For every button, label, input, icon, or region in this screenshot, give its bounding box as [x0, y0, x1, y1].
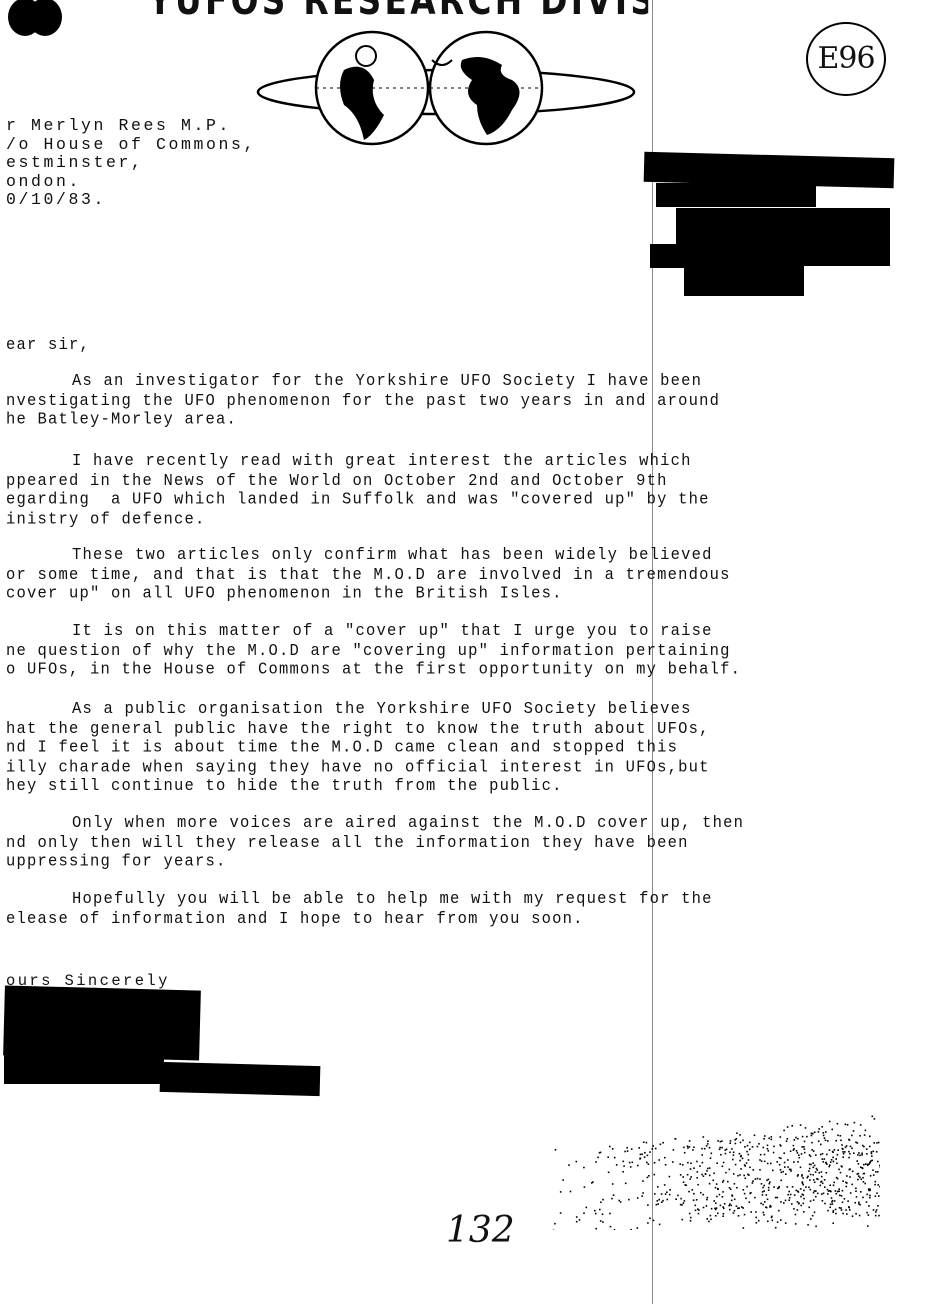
paragraph-line: cover up" on all UFO phenomenon in the B… — [6, 585, 731, 604]
paragraph: Hopefully you will be able to help me wi… — [6, 890, 713, 929]
address-line: estminster, — [6, 154, 256, 173]
letterhead-title: YUFOS RESEARCH DIVISION — [148, 0, 648, 18]
scan-noise-pattern — [540, 1090, 880, 1230]
twin-globes-logo-icon — [254, 30, 638, 150]
paragraph-line: uppressing for years. — [6, 853, 744, 872]
paragraph: As a public organisation the Yorkshire U… — [6, 700, 710, 796]
paragraph-line: Only when more voices are aired against … — [6, 814, 744, 833]
paragraph-line: Hopefully you will be able to help me wi… — [6, 890, 713, 909]
date-line: 0/10/83. — [6, 191, 256, 210]
paragraph-line: I have recently read with great interest… — [6, 452, 710, 471]
paragraph-line: egarding a UFO which landed in Suffolk a… — [6, 491, 710, 510]
paragraph: Only when more voices are aired against … — [6, 814, 744, 872]
paragraph-line: These two articles only confirm what has… — [6, 546, 731, 565]
paragraph-line: elease of information and I hope to hear… — [6, 909, 713, 928]
reference-mark: E96 — [806, 22, 886, 96]
page-number: 132 — [446, 1210, 515, 1251]
paragraph-line: inistry of defence. — [6, 510, 710, 529]
paragraph-line: hey still continue to hide the truth fro… — [6, 777, 710, 796]
paragraph-line: nvestigating the UFO phenomenon for the … — [6, 391, 720, 410]
recipient-address: r Merlyn Rees M.P./o House of Commons,es… — [6, 117, 256, 210]
paragraph-line: or some time, and that is that the M.O.D… — [6, 565, 731, 584]
address-line: r Merlyn Rees M.P. — [6, 117, 256, 136]
paragraph-line: hat the general public have the right to… — [6, 719, 710, 738]
paragraph: These two articles only confirm what has… — [6, 546, 731, 604]
paragraph: It is on this matter of a "cover up" tha… — [6, 622, 741, 680]
paragraph-line: It is on this matter of a "cover up" tha… — [6, 622, 741, 641]
paragraph-line: he Batley-Morley area. — [6, 411, 720, 430]
salutation: ear sir, — [6, 336, 90, 355]
paragraph-line: nd I feel it is about time the M.O.D cam… — [6, 739, 710, 758]
paragraph-line: As an investigator for the Yorkshire UFO… — [6, 372, 720, 391]
paragraph-line: nd only then will they release all the i… — [6, 833, 744, 852]
paragraph-line: illy charade when saying they have no of… — [6, 758, 710, 777]
paragraph-line: o UFOs, in the House of Commons at the f… — [6, 661, 741, 680]
paragraph-line: ne question of why the M.O.D are "coveri… — [6, 641, 741, 660]
paragraph: I have recently read with great interest… — [6, 452, 710, 529]
address-line: ondon. — [6, 173, 256, 192]
paragraph: As an investigator for the Yorkshire UFO… — [6, 372, 720, 430]
paragraph-line: As a public organisation the Yorkshire U… — [6, 700, 710, 719]
punch-hole-mark — [0, 0, 64, 40]
address-line: /o House of Commons, — [6, 136, 256, 155]
paragraph-line: ppeared in the News of the World on Octo… — [6, 471, 710, 490]
